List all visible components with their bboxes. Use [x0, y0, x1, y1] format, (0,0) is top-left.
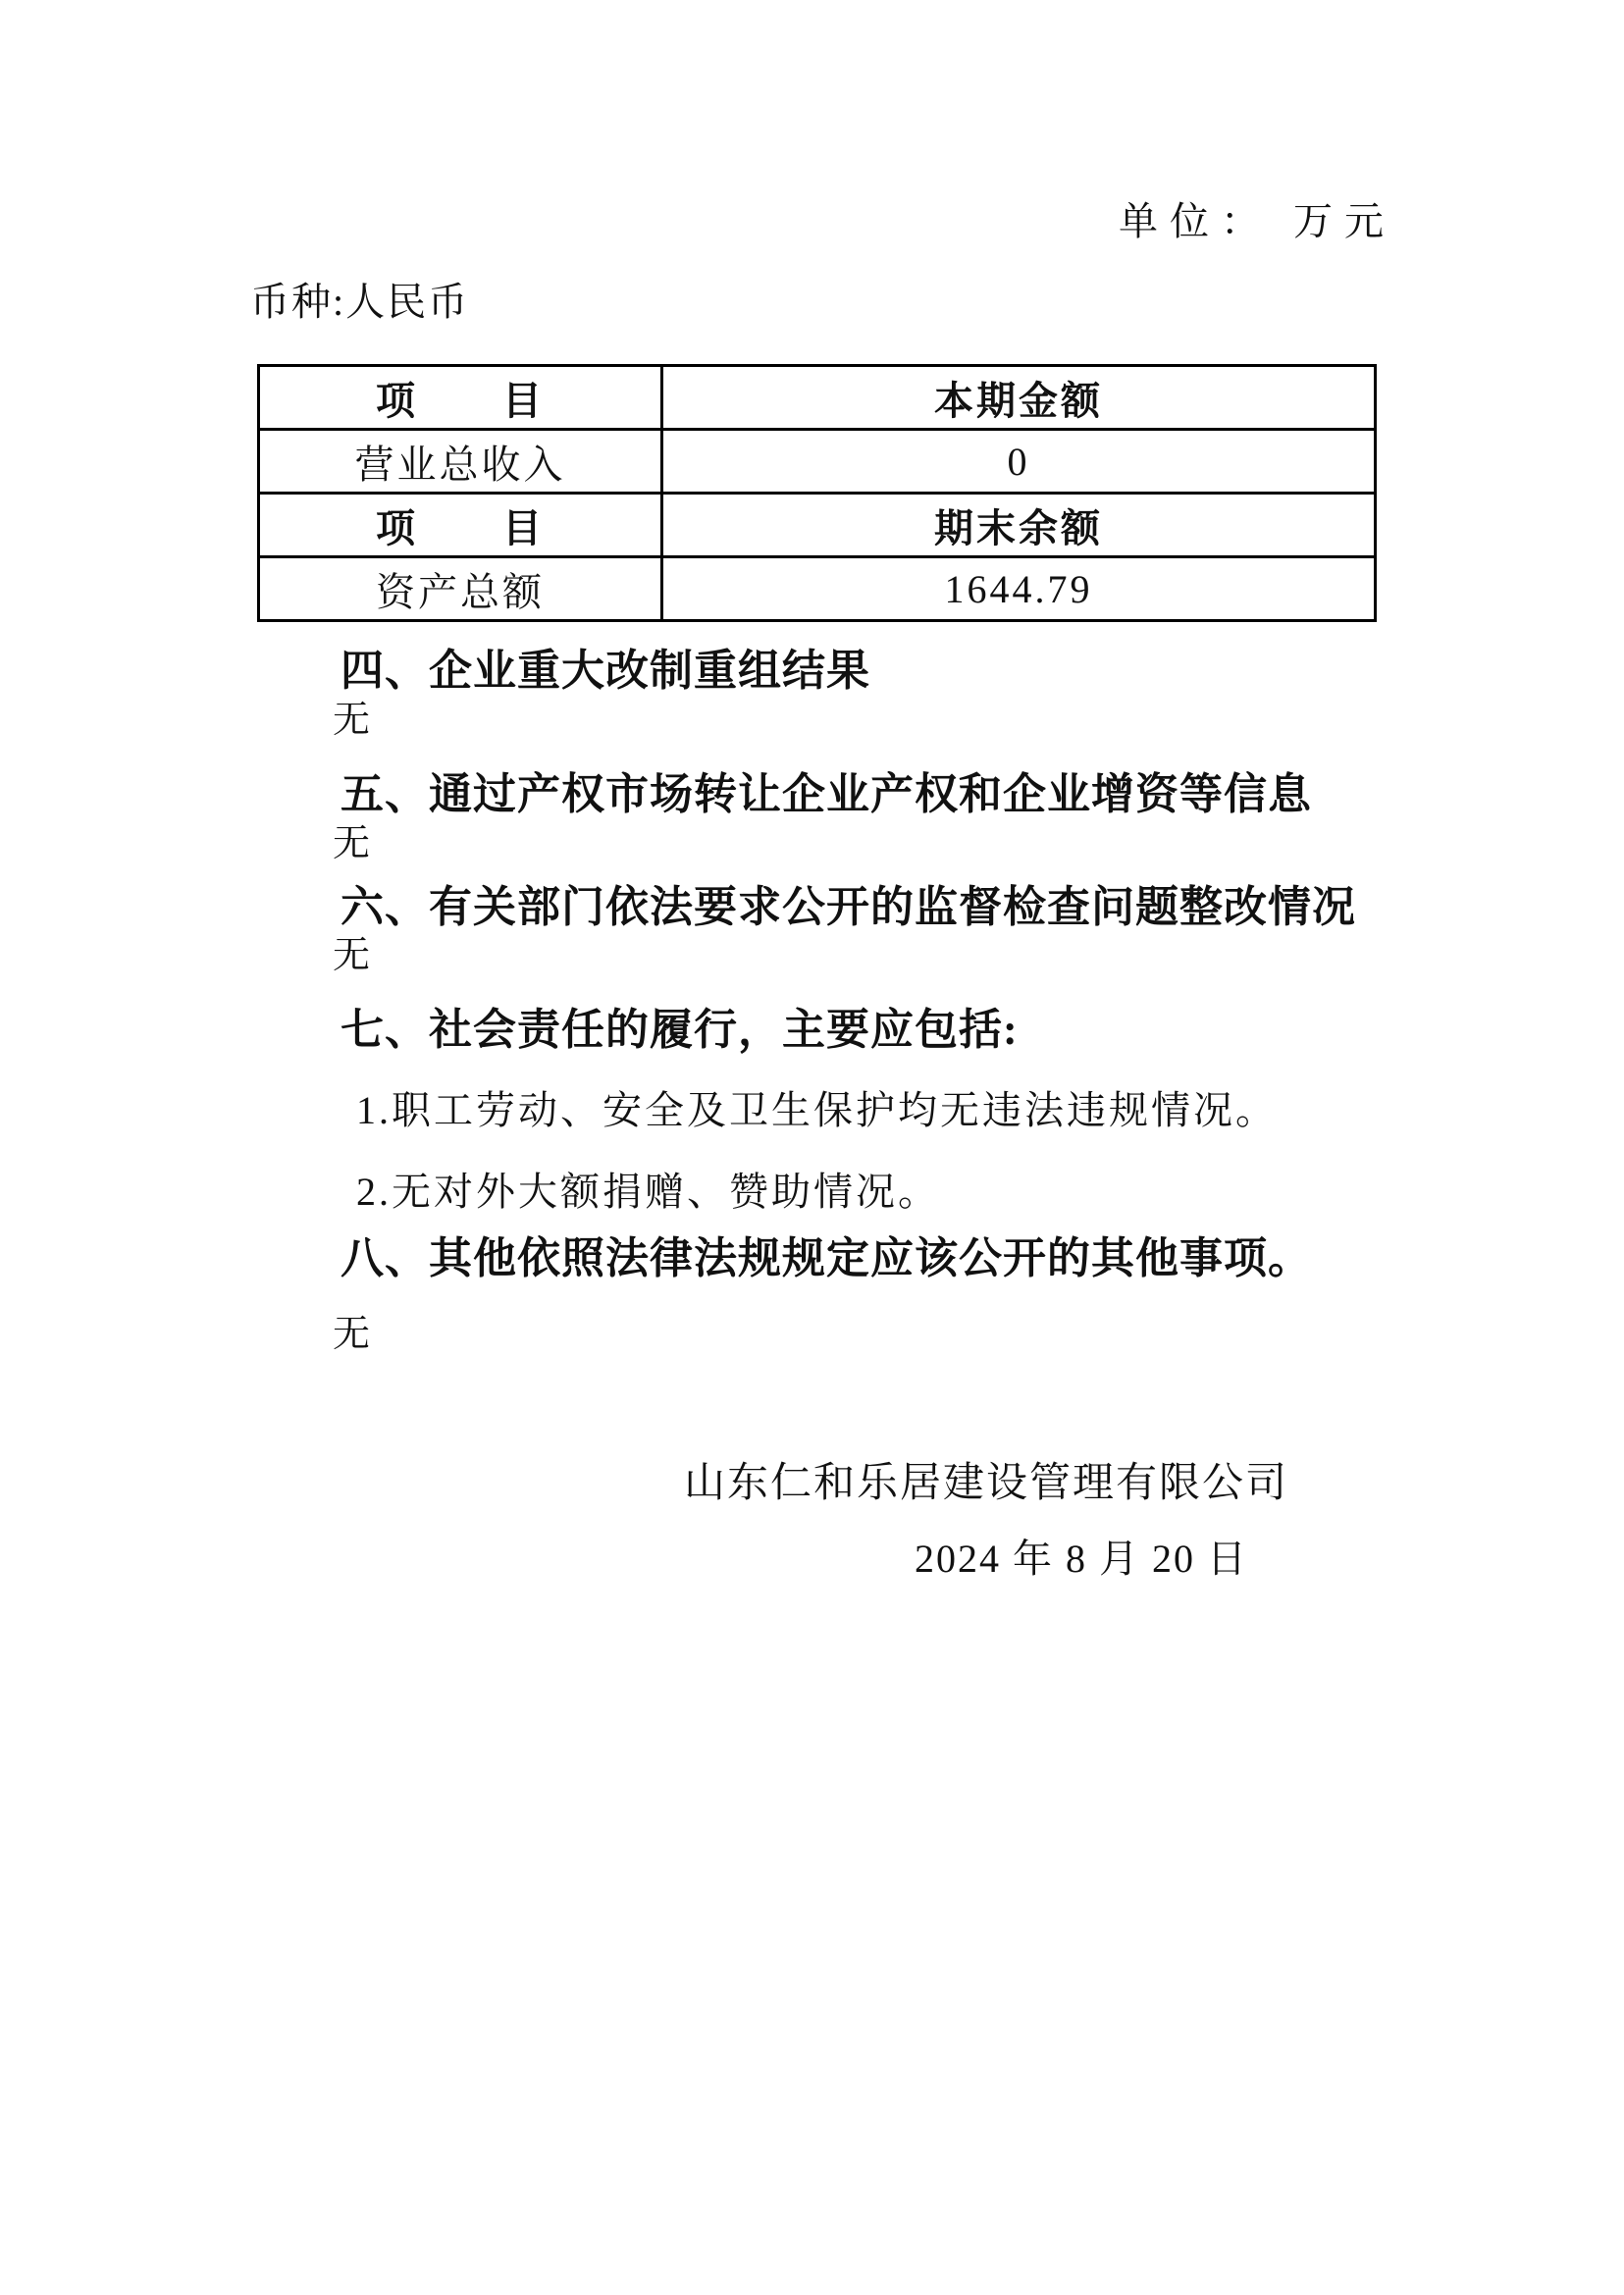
- item-label-cell: 营业总收入: [259, 430, 662, 494]
- section-body-line: 1.职工劳动、安全及卫生保护均无违法违规情况。: [356, 1089, 1278, 1132]
- section-body-line: 无: [333, 1315, 370, 1356]
- signature-date: 2024 年 8 月 20 日: [915, 1538, 1248, 1581]
- section-heading: 七、社会责任的履行，主要应包括:: [341, 1007, 1019, 1054]
- section-heading: 五、通过产权市场转让企业产权和企业增资等信息: [341, 771, 1312, 818]
- section-body-line: 无: [333, 936, 370, 977]
- section-body-line: 无: [333, 701, 370, 742]
- item-header-cell: 项 目: [259, 494, 662, 557]
- amount-header-cell: 期末余额: [662, 494, 1376, 557]
- document-page: 单位： 万元 币种:人民币 项 目 本期金额 营业总收入 0 项 目 期末余额 …: [0, 0, 1624, 2295]
- unit-label: 单位： 万元: [1119, 200, 1395, 243]
- table-row: 营业总收入 0: [259, 430, 1376, 494]
- financial-table: 项 目 本期金额 营业总收入 0 项 目 期末余额 资产总额 1644.79: [257, 364, 1377, 622]
- item-label-cell: 资产总额: [259, 557, 662, 621]
- section-body-line: 2.无对外大额捐赠、赞助情况。: [356, 1171, 940, 1214]
- table-row: 资产总额 1644.79: [259, 557, 1376, 621]
- section-heading: 四、企业重大改制重组结果: [341, 648, 870, 695]
- amount-header-cell: 本期金额: [662, 366, 1376, 430]
- currency-label: 币种:人民币: [250, 281, 469, 324]
- section-heading: 六、有关部门依法要求公开的监督检查问题整改情况: [341, 884, 1356, 931]
- section-heading: 八、其他依照法律法规规定应该公开的其他事项。: [341, 1235, 1312, 1282]
- section-body-line: 无: [333, 824, 370, 865]
- company-signature: 山东仁和乐居建设管理有限公司: [684, 1461, 1288, 1506]
- table-header-row: 项 目 本期金额: [259, 366, 1376, 430]
- item-header-cell: 项 目: [259, 366, 662, 430]
- amount-value-cell: 0: [662, 430, 1376, 494]
- amount-value-cell: 1644.79: [662, 557, 1376, 621]
- table-header-row: 项 目 期末余额: [259, 494, 1376, 557]
